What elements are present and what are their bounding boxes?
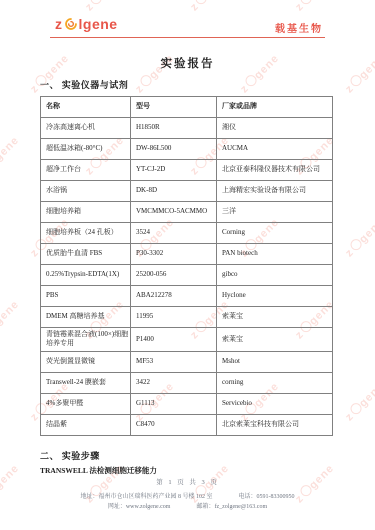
table-row: 细胞培养板（24 孔板）3524Corning [41, 223, 333, 244]
footer-website: 网址：www.zolgene.com [108, 504, 171, 510]
watermark-swirl-icon [348, 401, 364, 417]
table-cell: ABA212278 [131, 286, 217, 307]
table-cell: 3422 [131, 372, 217, 393]
table-header-name: 名称 [41, 97, 131, 118]
table-cell: 0.25%Trypsin-EDTA(1X) [41, 265, 131, 286]
header-divider [50, 37, 325, 38]
table-cell: Transwell-24 膜嵌套 [41, 372, 131, 393]
logo-watermark: zgene [343, 216, 375, 260]
table-row: 超净工作台YT-CJ-2D北京亚泰科隆仪器技术有限公司 [41, 160, 333, 181]
table-cell: DK-8D [131, 181, 217, 202]
logo-watermark: zgene [0, 298, 22, 342]
table-row: 4%多聚甲醛G1113Servicebio [41, 393, 333, 414]
table-row: 荧光倒置显微镜MF53Mshot [41, 351, 333, 372]
section2-subheading: TRANSWELL 法检测细胞迁移能力 [40, 465, 157, 476]
logo-watermark: zgene [293, 0, 337, 13]
logo-watermark: zgene [343, 380, 375, 424]
table-cell: corning [217, 372, 333, 393]
brand-chinese-name: 载基生物 [275, 20, 323, 35]
table-cell: 11995 [131, 307, 217, 328]
table-cell: gibco [217, 265, 333, 286]
table-cell: AUCMA [217, 139, 333, 160]
footer-contact-line: 网址：www.zolgene.com邮箱：fz_zolgene@163.com [0, 503, 375, 513]
table-row: 优质胎牛血清 FBSP30-3302PAN biotech [41, 244, 333, 265]
instruments-reagents-table: 名称 型号 厂家或品牌 冷冻高速离心机H1850R湘仪超低温冰箱(-80°C)D… [40, 96, 333, 436]
table-cell: 荧光倒置显微镜 [41, 351, 131, 372]
table-cell: 细胞培养箱 [41, 202, 131, 223]
watermark-swirl-icon [88, 0, 104, 7]
table-header-brand: 厂家或品牌 [217, 97, 333, 118]
watermark-swirl-icon [193, 0, 209, 7]
table-cell: 3524 [131, 223, 217, 244]
table-header-row: 名称 型号 厂家或品牌 [41, 97, 333, 118]
table-cell: 优质胎牛血清 FBS [41, 244, 131, 265]
table-cell: 索莱宝 [217, 328, 333, 352]
page-footer: 地址：福州市仓山区瑞科医药产业园 8 号楼 102 室电话：0591-83300… [0, 493, 375, 512]
footer-address-line: 地址：福州市仓山区瑞科医药产业园 8 号楼 102 室电话：0591-83300… [0, 493, 375, 503]
watermark-swirl-icon [348, 73, 364, 89]
table-row: Transwell-24 膜嵌套3422corning [41, 372, 333, 393]
logo-swirl-icon [64, 17, 78, 31]
table-cell: 湘仪 [217, 118, 333, 139]
table-cell: Mshot [217, 351, 333, 372]
table-cell: Hyclone [217, 286, 333, 307]
table-cell: 超低温冰箱(-80°C) [41, 139, 131, 160]
table-row: 细胞培养箱VMCMMCO-5ACMMO三洋 [41, 202, 333, 223]
logo-letter-z: z [55, 16, 63, 32]
table-cell: 上海精宏实验设备有限公司 [217, 181, 333, 202]
section1-heading: 一、 实验仪器与试剂 [40, 78, 128, 91]
table-cell: 三洋 [217, 202, 333, 223]
table-row: 水浴锅DK-8D上海精宏实验设备有限公司 [41, 181, 333, 202]
table-cell: 超净工作台 [41, 160, 131, 181]
table-row: 冷冻高速离心机H1850R湘仪 [41, 118, 333, 139]
table-cell: 结晶紫 [41, 414, 131, 435]
footer-phone: 电话：0591-83300950 [239, 494, 295, 500]
company-logo: z lgene [55, 16, 118, 32]
table-cell: 北京亚泰科隆仪器技术有限公司 [217, 160, 333, 181]
table-row: 0.25%Trypsin-EDTA(1X)25200-056gibco [41, 265, 333, 286]
table-cell: G1113 [131, 393, 217, 414]
table-row: 结晶紫C8470北京索莱宝科技有限公司 [41, 414, 333, 435]
table-cell: 25200-056 [131, 265, 217, 286]
table-cell: PAN biotech [217, 244, 333, 265]
table-header-model: 型号 [131, 97, 217, 118]
table-cell: DMEM 高糖培养基 [41, 307, 131, 328]
table-cell: 冷冻高速离心机 [41, 118, 131, 139]
table-cell: MF53 [131, 351, 217, 372]
table-cell: C8470 [131, 414, 217, 435]
logo-watermark: zgene [0, 0, 22, 13]
table-cell: Servicebio [217, 393, 333, 414]
table-cell: 细胞培养板（24 孔板） [41, 223, 131, 244]
table-row: 超低温冰箱(-80°C)DW-86L500AUCMA [41, 139, 333, 160]
watermark-swirl-icon [298, 0, 314, 7]
logo-letters-rest: lgene [79, 16, 118, 32]
table-body: 冷冻高速离心机H1850R湘仪超低温冰箱(-80°C)DW-86L500AUCM… [41, 118, 333, 436]
page-number: 第 1 页 共 3 页 [0, 477, 375, 486]
table-cell: Corning [217, 223, 333, 244]
table-cell: P30-3302 [131, 244, 217, 265]
table-cell: H1850R [131, 118, 217, 139]
watermark-swirl-icon [138, 73, 154, 89]
table-cell: DW-86L500 [131, 139, 217, 160]
footer-email: 邮箱：fz_zolgene@163.com [196, 504, 267, 510]
logo-watermark: zgene [83, 0, 127, 13]
table-row: 青链霉素混合液(100×)细胞培养专用P1400索莱宝 [41, 328, 333, 352]
table-cell: 北京索莱宝科技有限公司 [217, 414, 333, 435]
footer-address: 地址：福州市仓山区瑞科医药产业园 8 号楼 102 室 [80, 494, 212, 500]
logo-watermark: zgene [0, 134, 22, 178]
page-title: 实验报告 [0, 55, 375, 71]
table-row: DMEM 高糖培养基11995索莱宝 [41, 307, 333, 328]
table-cell: 水浴锅 [41, 181, 131, 202]
logo-watermark: zgene [188, 0, 232, 13]
table-cell: YT-CJ-2D [131, 160, 217, 181]
section2-heading: 二、 实验步骤 [40, 449, 100, 462]
table-cell: P1400 [131, 328, 217, 352]
table-cell: 索莱宝 [217, 307, 333, 328]
table-row: PBSABA212278Hyclone [41, 286, 333, 307]
watermark-swirl-icon [348, 237, 364, 253]
table-cell: 4%多聚甲醛 [41, 393, 131, 414]
table-cell: VMCMMCO-5ACMMO [131, 202, 217, 223]
table-cell: PBS [41, 286, 131, 307]
watermark-swirl-icon [243, 73, 259, 89]
table-cell: 青链霉素混合液(100×)细胞培养专用 [41, 328, 131, 352]
